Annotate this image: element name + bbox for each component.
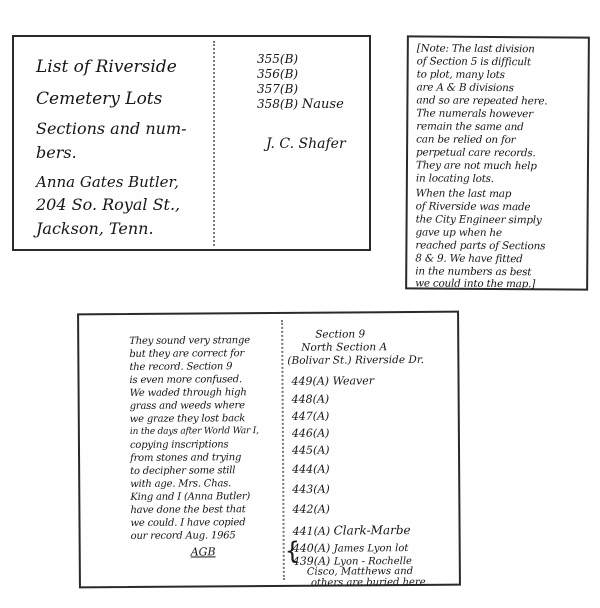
note-line: in the numbers as best [415, 266, 531, 277]
note-line: When the last map [416, 188, 512, 199]
lot-entry: 448(A) [292, 394, 330, 405]
note-line: are A & B divisions [416, 82, 513, 93]
note-line: reached parts of Sections [415, 240, 545, 251]
author-name: Anna Gates Butler, [36, 175, 179, 190]
narrative-line: we could. I have copied [130, 518, 245, 529]
card-riverside-title: List of Riverside Cemetery Lots Sections… [12, 35, 371, 251]
note-line: can be relied on for [416, 134, 515, 145]
narrative-line: with age. Mrs. Chas. [130, 479, 231, 490]
narrative-line: to decipher some still [130, 466, 235, 477]
note-line: [Note: The last division [417, 43, 535, 54]
narrative-line: the record. Section 9 [129, 362, 232, 373]
note-line: of Riverside was made [416, 201, 531, 212]
narrative-line: copying inscriptions [130, 440, 229, 451]
footer-note: others are buried here. [311, 578, 429, 589]
lot-entry: 356(B) [257, 68, 298, 80]
lot-entry: 444(A) [292, 464, 330, 475]
note-line: we could into the map.] [415, 278, 535, 289]
narrative-line: They sound very strange [129, 336, 250, 347]
note-line: 8 & 9. We have fitted [415, 253, 522, 264]
note-line: perpetual care records. [416, 147, 536, 158]
lot-entry: 447(A) [292, 411, 330, 422]
note-line: and so are repeated here. [416, 95, 547, 106]
narrative-line: in the days after World War I, [130, 427, 259, 437]
narrative-line: We waded through high [130, 388, 247, 399]
lot-entry: 440(A) James Lyon lot [293, 542, 409, 555]
narrative-line: but they are correct for [129, 349, 244, 360]
note-line: the City Engineer simply [416, 214, 542, 225]
section-header: North Section A [301, 342, 387, 353]
section-header: Section 9 [315, 329, 365, 340]
title-line: bers. [36, 145, 77, 161]
narrative-line: have done the best that [130, 505, 245, 516]
lot-entry: 449(A) Weaver [291, 375, 374, 387]
note-line: to plot, many lots [417, 69, 505, 80]
narrative-line: we graze they lost back [130, 414, 245, 425]
author-address: 204 So. Royal St., [36, 197, 180, 213]
narrative-line: is even more confused. [129, 375, 242, 386]
card-section-9: They sound very strange but they are cor… [77, 311, 461, 589]
lot-entry: 355(B) [257, 53, 298, 65]
lot-entry: 443(A) [292, 484, 330, 495]
lot-entry: 445(A) [292, 445, 330, 456]
title-line: Sections and num- [36, 121, 187, 137]
fold-line [213, 41, 215, 246]
author-city: Jackson, Tenn. [36, 221, 154, 237]
title-line: List of Riverside [36, 59, 177, 76]
note-line: remain the same and [416, 121, 523, 132]
note-line: of Section 5 is difficult [417, 56, 531, 67]
note-line: in locating lots. [416, 173, 494, 184]
signature: J. C. Shafer [266, 137, 346, 151]
narrative-line: King and I (Anna Butler) [130, 492, 250, 503]
lot-entry: 441(A) Clark-Marbe [293, 524, 411, 537]
initials: AGB [191, 546, 216, 557]
note-line: gave up when he [415, 227, 501, 238]
card-note: [Note: The last division of Section 5 is… [405, 35, 590, 290]
title-line: Cemetery Lots [36, 91, 162, 108]
note-line: The numerals however [416, 108, 533, 119]
note-line: They are not much help [416, 160, 537, 171]
lot-entry: 446(A) [292, 428, 330, 439]
lot-entry: 442(A) [292, 504, 330, 515]
lot-entry: 358(B) Nause [257, 98, 344, 111]
narrative-line: our record Aug. 1965 [131, 531, 236, 542]
section-header: (Bolivar St.) Riverside Dr. [287, 355, 424, 366]
narrative-line: from stones and trying [130, 453, 241, 464]
lot-entry: 357(B) [257, 83, 298, 95]
narrative-line: grass and weeds where [130, 401, 245, 412]
